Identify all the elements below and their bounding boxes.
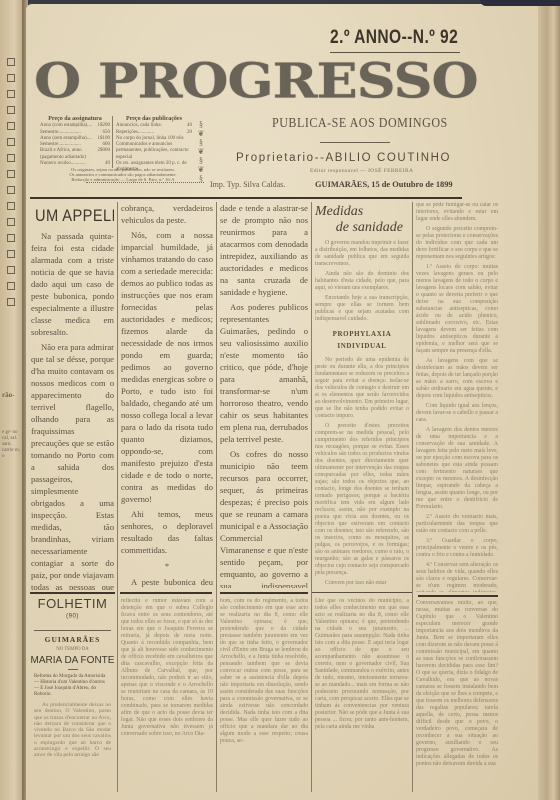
article-paragraph: 2.º Asseio do vestuario mais, particular… [416,514,498,535]
folhetim-rule [418,595,498,597]
dateline: GUIMARÃES, 15 de Outubro de 1899 [315,180,453,189]
flourish-divider [86,182,204,183]
subscription-title: Preço da assignatura [40,116,110,122]
article-paragraph: No periodo de uma epidemia de peste ou d… [315,357,409,420]
folhetim-column-2: reflectiu e rumor estavam com a detenção… [121,598,213,773]
article-paragraph: Aos poderes publicos representantes Guim… [220,301,308,445]
scroll-ornament-icon: §❦§❦§❦§ [196,120,206,188]
folhetim-rule [120,592,212,594]
column-divider [216,202,217,792]
folhetim-body: As prudencialmente deixas no seu destino… [30,698,115,759]
column-divider [412,202,413,792]
advertising-title: Preço das publicações [116,116,192,122]
header-rule [320,142,390,143]
article-paragraph: A lavagem dos dentes merece de uma impor… [416,427,498,511]
price-box-divider [112,116,113,168]
masthead-rule [30,197,462,199]
masthead-title: O PROGRESSO [34,58,481,106]
folhetim-section: FOLHETIM (90) GUIMARÃES NO TEMPO DA MARI… [30,596,115,759]
folhetim-rule [220,592,308,594]
column-5: que se póde fumigar-se ou caiar os inter… [416,202,498,592]
column-divider [311,202,312,792]
article-paragraph: O governo mandou imprimir e fazer a dist… [315,240,409,268]
column-4: Medidas de sanidade O governo mandou imp… [315,204,409,590]
article-paragraph: dade e tende a alastrar-se se de prompto… [220,202,308,298]
article-paragraph: Nós, com a nossa imparcial humildade, já… [121,229,213,505]
article-paragraph: A peste bubonica deu entrada n'esta ci- [121,576,213,588]
column-1: UM APPELLO Na passada quinta-feira foi e… [31,202,114,590]
column-divider [117,202,118,792]
folhetim-rule [312,592,412,593]
column-2: cobrança, verdadeiros vehiculos da peste… [121,202,213,588]
left-page-fragment: rão- [2,392,22,398]
folhetim-dash [68,669,78,670]
article-paragraph: As lavagens com que se desinfectam as mã… [416,358,498,400]
subscription-prices: Preço da assignatura Anno (com estampilh… [40,116,110,167]
article-paragraph: O segundo preceito comprem-se pelas prot… [416,226,498,261]
article-paragraph: 4.º Conservar sem alteração os seus habi… [416,562,498,592]
left-page-fragment-2: e gr- no cal, sal. sarn. carrie ro, o [2,430,22,460]
article-paragraph: Ahi temos, meus senhores, o deploravel r… [121,508,213,556]
price-row: Communicados e annuncios permanentes, pu… [116,142,192,161]
printer-line: Imp. Typ. Silva Caldas. [210,180,285,189]
article-heading-appello: UM APPELLO [35,210,103,222]
article-paragraph: O preceito d'estes preceitos comprem-se … [315,423,409,577]
price-row: Brazil e Africa, anno (pagamento adianta… [40,148,110,161]
article-paragraph: cobrança, verdadeiros vehiculos da peste… [121,202,213,226]
publication-notes: Os originaes, sejam ou não publicados, n… [38,167,208,182]
folhetim-column-5: Conversavamos muito, ao que, nessa, muit… [416,600,498,775]
article-paragraph: 1.º Asseio do corpo: muitas vezes lavage… [416,264,498,355]
column-3: dade e tende a alastrar-se se de prompto… [220,202,308,588]
folhetim-chapter-desc: Reforma do Morgado da Amorisida — Histor… [30,674,115,698]
article-paragraph: que se póde fumigar-se ou caiar os inter… [416,202,498,223]
binding-cover-corner [480,0,560,6]
publication-frequency: PUBLICA-SE AOS DOMINGOS [272,116,448,132]
issue-number: 2.º ANNO--N.º 92 [330,27,437,49]
article-paragraph: Convem por isso não estar [315,580,409,587]
article-paragraph: Encetando hoje a sua transcripção, sempr… [315,295,409,323]
adjacent-page-edge: rão- e gr- no cal, sal. sarn. carrie ro,… [0,0,24,800]
article-paragraph: 3.º Guardar o corpo, principalmente o ve… [416,538,498,559]
folhetim-rule [30,592,115,594]
folhetim-small-caption: NO TEMPO DA [30,647,115,652]
editor-line: Editor responsavel — JOSÉ FERREIRA [310,168,413,174]
folhetim-divider [34,630,111,631]
article-heading-sanidade: Medidas de sanidade [315,204,409,236]
article-paragraph: Na passada quinta-feira foi esta cidade … [31,230,114,338]
proprietor-line: Proprietario--ABILIO COUTINHO [236,152,451,164]
article-paragraph: Os cofres do nosso municipio não teem re… [220,448,308,588]
folhetim-title: FOLHETIM (90) [30,596,115,626]
folhetim-place: GUIMARÃES [30,635,115,644]
section-subheading: PROPHYLAXIA INDIVIDUAL [315,328,409,352]
article-paragraph: Não era para admirar que tal se désse, p… [31,341,114,590]
folhetim-column-4: Lhe que os vecinos do municipio, a todos… [315,598,409,773]
folhetim-subtitle: MARIA DA FONTE [30,655,115,666]
article-paragraph: Com liquido igual aos lenços, devem lava… [416,403,498,424]
section-asterisk: * [121,560,213,572]
left-page-ornament-border [7,58,15,306]
folhetim-column-3: bom, com os do regimento, a todos são co… [220,598,308,773]
advertising-prices: Preço das publicações Annuncios, cada li… [116,116,192,174]
page-stack-edge [538,0,560,800]
article-paragraph: Ainda não são do dominio dos habitantes … [315,271,409,292]
